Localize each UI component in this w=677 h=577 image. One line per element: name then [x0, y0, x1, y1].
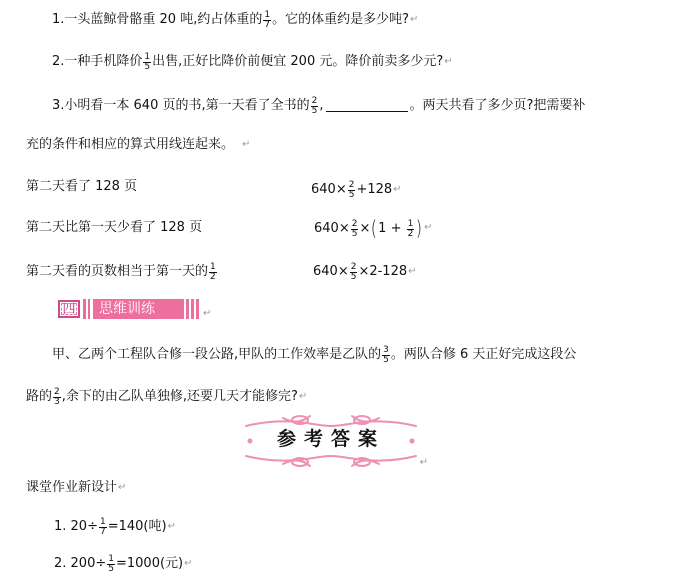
formula-1[interactable]: 640× 25 +128 ↵	[311, 180, 402, 199]
condition-2[interactable]: 第二天比第一天少看了 128 页	[26, 221, 202, 234]
paragraph-mark-icon: ↵	[444, 57, 452, 67]
section-title: 思维训练	[93, 299, 184, 319]
question-3: 3.小明看一本 640 页的书,第一天看了全书的 25 , 。两天共看了多少页?…	[52, 96, 585, 115]
section-banner: 四 思维训练 ↵	[58, 299, 211, 319]
fraction: 35	[382, 346, 390, 365]
question-3-line2: 充的条件和相应的算式用线连起来。 ↵	[26, 138, 250, 151]
paragraph-mark-icon: ↵	[118, 483, 126, 493]
answer-text: =1000(元)	[116, 557, 183, 570]
banner-stripe	[186, 299, 189, 319]
fraction: 15	[143, 53, 151, 72]
fraction: 17	[263, 11, 271, 30]
formula-text: 1 +	[378, 222, 405, 235]
q1-text-end: 。它的体重约是多少吨?	[272, 13, 409, 26]
problem-text: 路的	[26, 390, 52, 403]
section-number: 四	[58, 300, 80, 318]
banner-stripe	[83, 299, 86, 319]
q2-text-end: 出售,正好比降价前便宜 200 元。降价前卖多少元?	[152, 55, 443, 68]
fraction: 25	[351, 220, 359, 239]
paragraph-mark-icon: ↵	[424, 223, 432, 233]
answer-1: 1. 20÷ 17 =140(吨) ↵	[54, 517, 176, 536]
formula-text: ×2-128	[358, 265, 407, 278]
paragraph-mark-icon: ↵	[242, 140, 250, 150]
formula-2[interactable]: 640× 25 × ( 1 + 12 ) ↵	[314, 218, 433, 238]
comma: ,	[319, 99, 323, 112]
condition-3[interactable]: 第二天看的页数相当于第一天的 12	[26, 262, 218, 281]
answer-text: =140(吨)	[108, 520, 167, 533]
problem-text: ,余下的由乙队单独修,还要几天才能修完?	[62, 390, 298, 403]
formula-text: 640×	[314, 222, 350, 235]
fraction: 25	[348, 181, 356, 200]
problem-text: 甲、乙两个工程队合修一段公路,甲队的工作效率是乙队的	[52, 348, 381, 361]
formula-text: 640×	[311, 183, 347, 196]
formula-3[interactable]: 640× 25 ×2-128 ↵	[313, 262, 417, 281]
answer-text: 2. 200÷	[54, 557, 106, 570]
q3-text: 3.小明看一本 640 页的书,第一天看了全书的	[52, 99, 310, 112]
thinking-problem-line1: 甲、乙两个工程队合修一段公路,甲队的工作效率是乙队的 35 。两队合修 6 天正…	[52, 345, 576, 364]
answer-banner-title: 参考答案	[238, 430, 424, 449]
paren-close: )	[416, 218, 422, 238]
paragraph-mark-icon: ↵	[168, 522, 176, 532]
answers-heading: 课堂作业新设计 ↵	[26, 481, 126, 494]
thinking-problem-line2: 路的 23 ,余下的由乙队单独修,还要几天才能修完? ↵	[26, 387, 307, 406]
paragraph-mark-icon: ↵	[203, 309, 211, 319]
answer-banner: 参考答案 ↵	[238, 414, 424, 468]
q3-text-line2: 充的条件和相应的算式用线连起来。	[26, 138, 234, 151]
q2-text: 2.一种手机降价	[52, 55, 142, 68]
formula-text: ×	[359, 222, 370, 235]
answer-2: 2. 200÷ 15 =1000(元) ↵	[54, 554, 193, 573]
fraction: 12	[209, 263, 217, 282]
question-2: 2.一种手机降价 15 出售,正好比降价前便宜 200 元。降价前卖多少元? ↵	[52, 52, 453, 71]
fraction: 25	[350, 263, 358, 282]
condition-text: 第二天看的页数相当于第一天的	[26, 265, 208, 278]
banner-stripe	[191, 299, 194, 319]
problem-text: 。两队合修 6 天正好完成这段公	[391, 348, 577, 361]
heading-text: 课堂作业新设计	[26, 481, 117, 494]
condition-1[interactable]: 第二天看了 128 页	[26, 180, 137, 193]
formula-text: +128	[356, 183, 392, 196]
formula-text: 640×	[313, 265, 349, 278]
paragraph-mark-icon: ↵	[420, 458, 428, 468]
paragraph-mark-icon: ↵	[299, 392, 307, 402]
paragraph-mark-icon: ↵	[408, 267, 416, 277]
fraction: 23	[53, 388, 61, 407]
condition-text: 第二天比第一天少看了 128 页	[26, 221, 202, 234]
fraction: 12	[407, 220, 415, 239]
q1-text: 1.一头蓝鲸骨骼重 20 吨,约占体重的	[52, 13, 262, 26]
fraction: 17	[99, 518, 107, 537]
fill-in-blank[interactable]	[326, 99, 408, 112]
banner-stripe	[88, 299, 90, 319]
paragraph-mark-icon: ↵	[393, 185, 401, 195]
paragraph-mark-icon: ↵	[184, 559, 192, 569]
banner-stripe	[196, 299, 199, 319]
paragraph-mark-icon: ↵	[410, 15, 418, 25]
q3-text-end: 。两天共看了多少页?把需要补	[410, 99, 586, 112]
condition-text: 第二天看了 128 页	[26, 180, 137, 193]
answer-text: 1. 20÷	[54, 520, 98, 533]
fraction: 25	[311, 97, 319, 116]
paren-open: (	[371, 218, 377, 238]
fraction: 15	[107, 555, 115, 574]
question-1: 1.一头蓝鲸骨骼重 20 吨,约占体重的 17 。它的体重约是多少吨? ↵	[52, 10, 418, 29]
